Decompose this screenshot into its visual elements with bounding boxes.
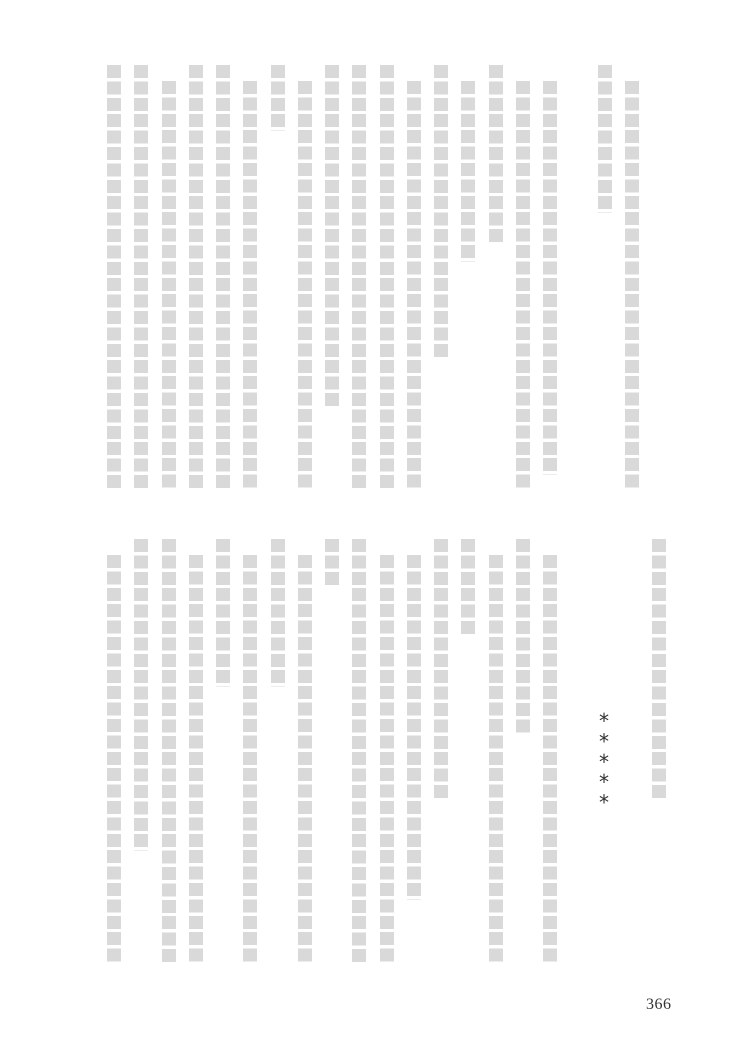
scene-break-asterisks: *****: [594, 709, 614, 811]
text-column: [407, 555, 421, 899]
text-column: [107, 555, 121, 965]
text-column: [543, 555, 557, 965]
text-column: [489, 555, 503, 965]
text-column: [298, 555, 312, 965]
text-column: [189, 555, 203, 965]
text-column: [652, 539, 666, 801]
page-number: 366: [646, 996, 672, 1014]
text-column: [271, 539, 285, 687]
text-column: [216, 539, 230, 687]
lower-text-tier: *****: [0, 0, 736, 1000]
text-column: [134, 539, 148, 851]
text-column: [243, 555, 257, 965]
text-column: [352, 539, 366, 965]
text-column: [325, 539, 339, 588]
text-column: [380, 555, 394, 965]
book-page: ***** 366: [0, 0, 736, 1047]
text-column: [516, 539, 530, 736]
text-column: [434, 539, 448, 801]
text-column: [162, 539, 176, 965]
text-column: [461, 539, 475, 637]
